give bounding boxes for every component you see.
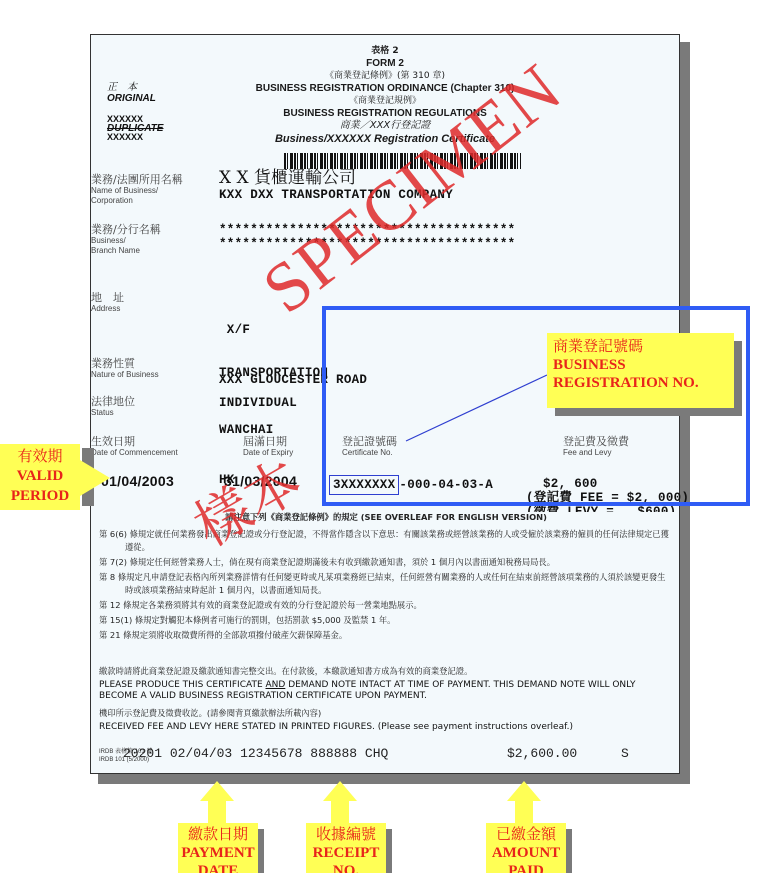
callout-connector — [0, 0, 768, 873]
callout-business-registration-no: 商業登記號碼 BUSINESS REGISTRATION NO. — [547, 333, 734, 408]
amount-paid-arrow — [507, 781, 541, 801]
valid-period-arrow — [80, 460, 110, 496]
callout-receipt-no: 收據編號 RECEIPT NO. — [306, 823, 386, 873]
receipt-no-arrow-stem — [331, 800, 349, 824]
callout-payment-date: 繳款日期 PAYMENT DATE — [178, 823, 258, 873]
callout-valid-period: 有效期 VALID PERIOD — [0, 444, 80, 510]
callout-amount-paid: 已繳金額 AMOUNT PAID — [486, 823, 566, 873]
payment-date-arrow — [200, 781, 234, 801]
payment-date-arrow-stem — [208, 800, 226, 824]
receipt-no-arrow — [323, 781, 357, 801]
amount-paid-arrow-stem — [515, 800, 533, 824]
